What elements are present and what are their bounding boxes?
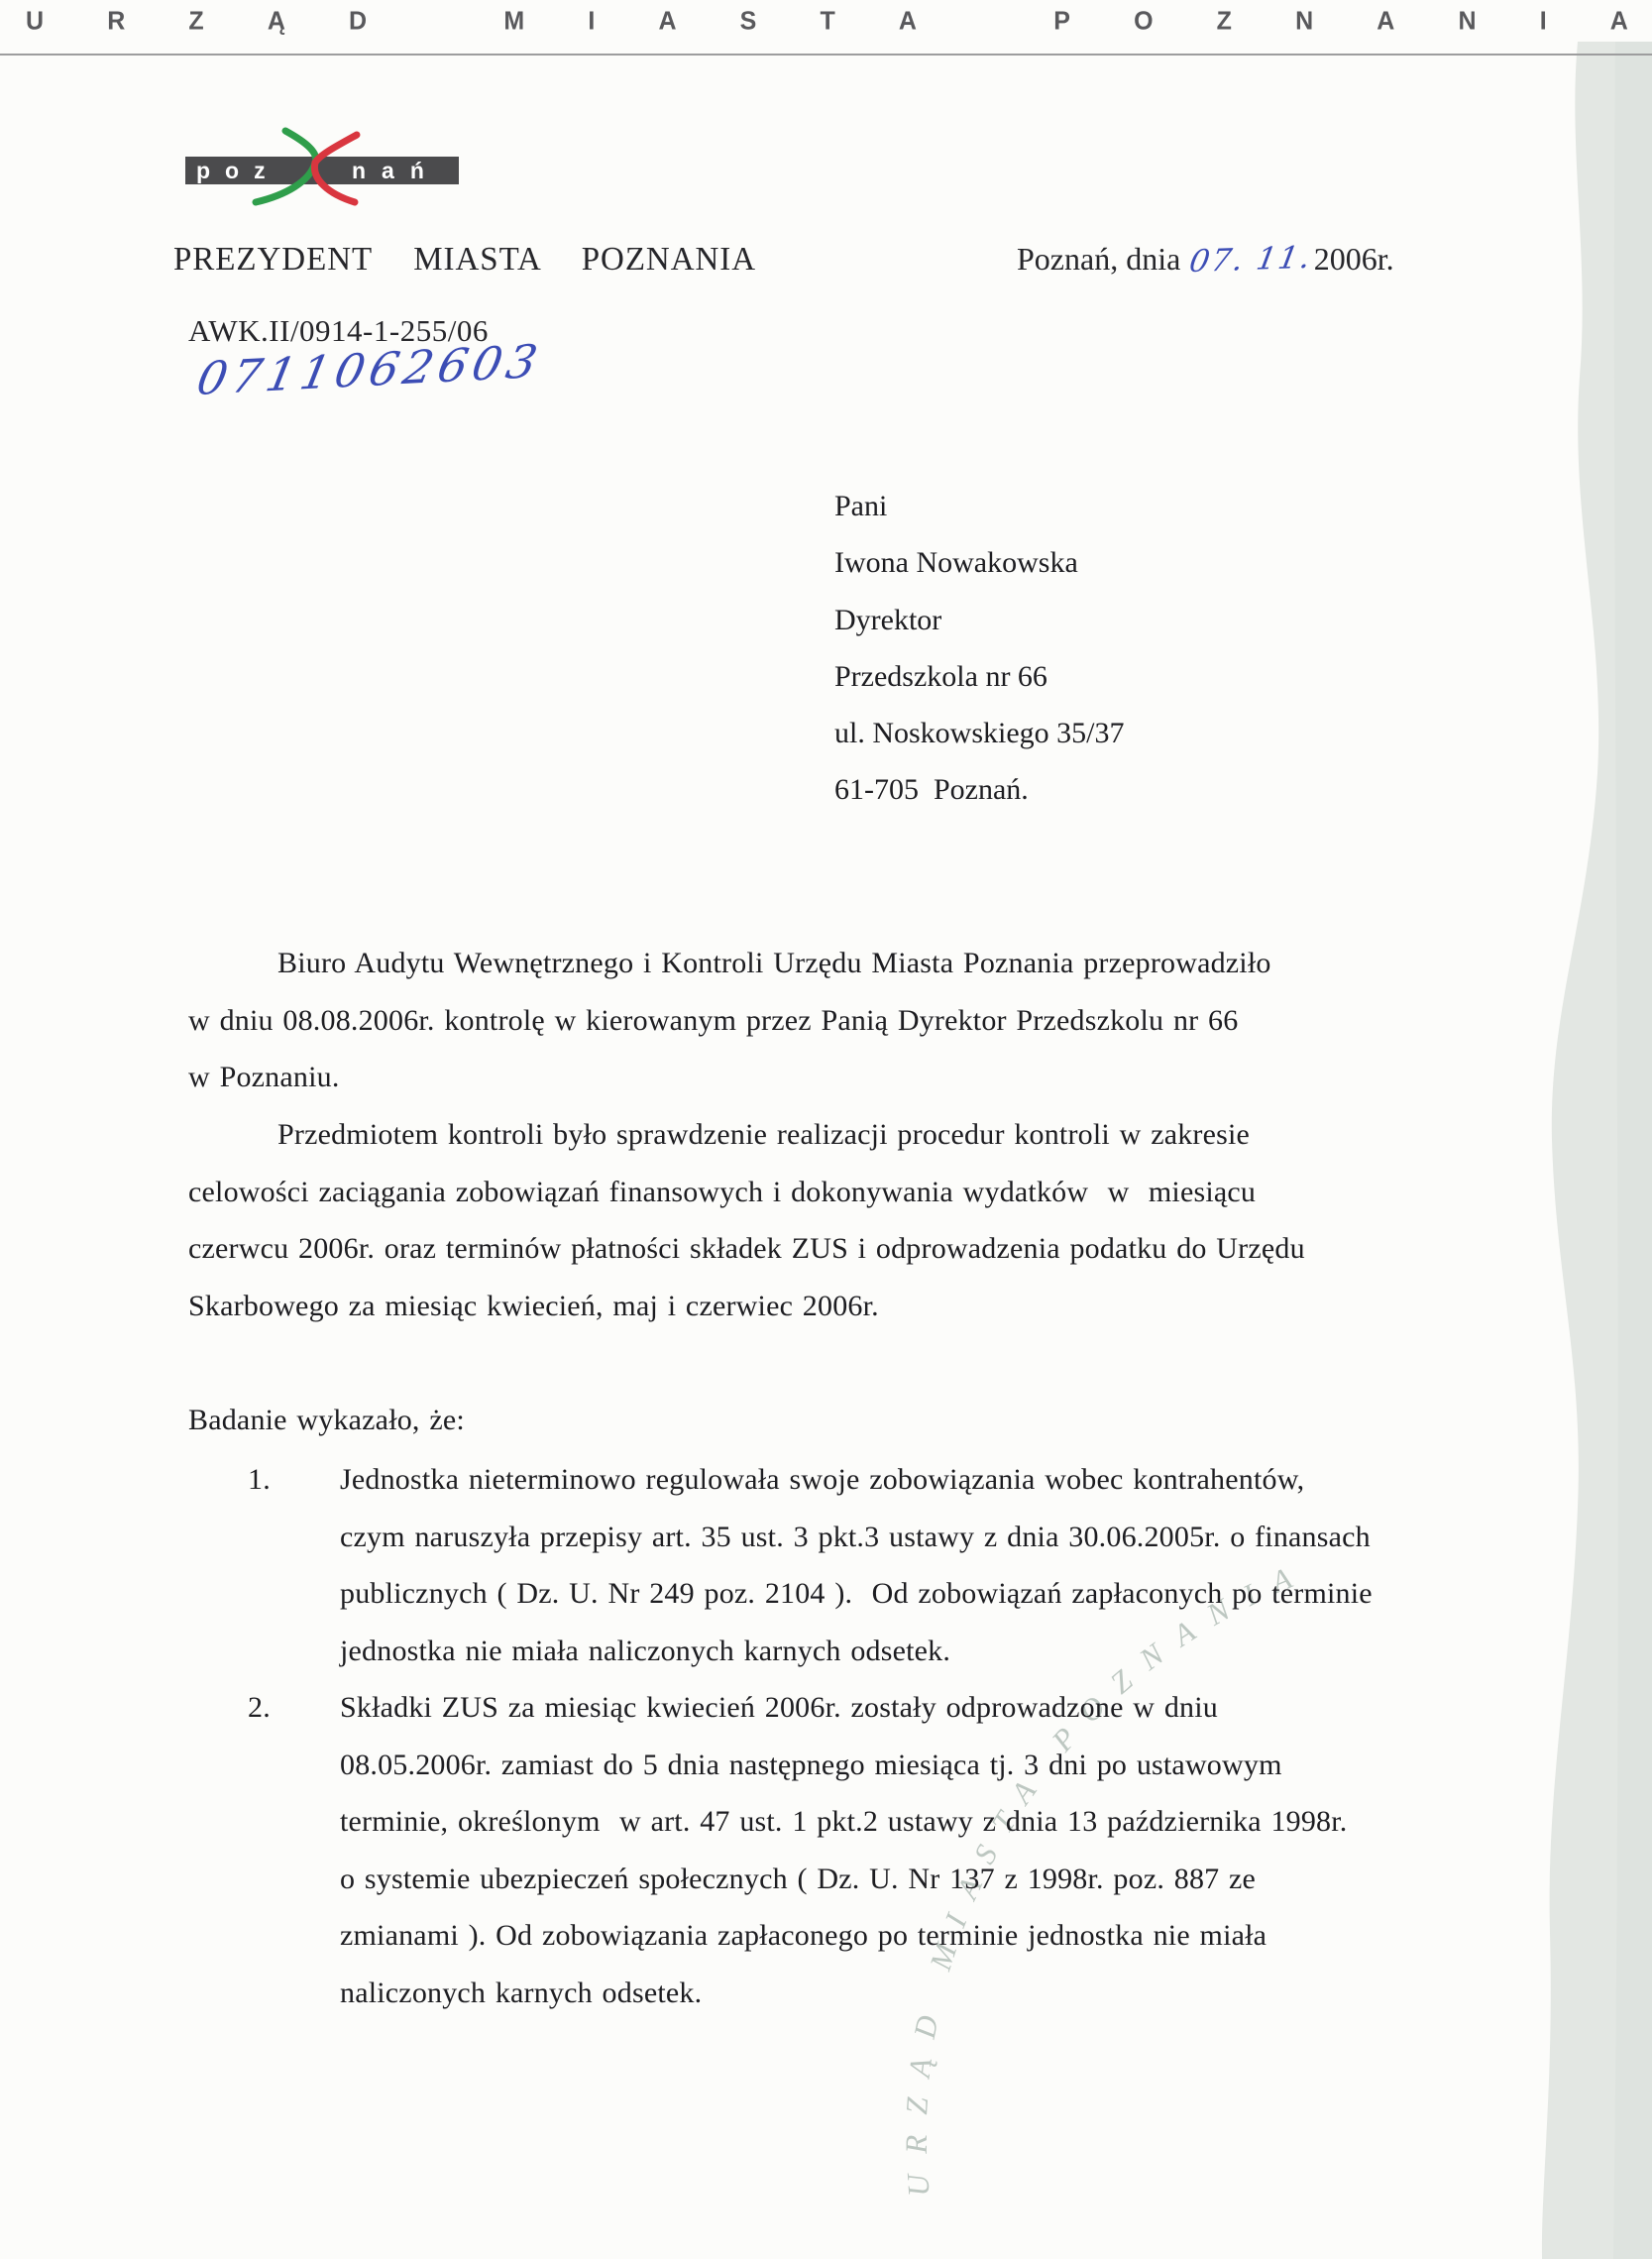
list-number: 2. [248,1679,271,1737]
banner-letter: R [107,6,125,36]
body-line: Przedmiotem kontroli było sprawdzenie re… [188,1106,1305,1164]
banner-divider [0,54,1652,56]
list-item: 1. Jednostka nieterminowo regulowała swo… [248,1451,1373,1679]
recipient-line: Pani [834,478,1125,534]
recipient-line: 61-705 Poznań. [834,761,1125,818]
banner-letter: A [1377,6,1394,36]
banner-letter: S [740,6,757,36]
banner-letter: N [1295,6,1313,36]
body-line: Jednostka nieterminowo regulowała swoje … [340,1451,1373,1509]
date-line: Poznań, dnia07. 11.2006r. [1017,241,1394,278]
body-line: zmianami ). Od zobowiązania zapłaconego … [340,1907,1348,1965]
banner-letter: T [820,6,834,36]
recipient-line: Iwona Nowakowska [834,534,1125,591]
body-line: naliczonych karnych odsetek. [340,1965,1348,2022]
logo-letters-left: poz [196,158,280,183]
body-line: 08.05.2006r. zamiast do 5 dnia następneg… [340,1737,1348,1794]
banner-letter: Z [188,6,203,36]
body-line: w Poznaniu. [188,1049,1271,1106]
banner-letter: Z [1217,6,1232,36]
banner-letter: M [503,6,524,36]
body-line: Składki ZUS za miesiąc kwiecień 2006r. z… [340,1679,1348,1737]
body-line: czerwcu 2006r. oraz terminów płatności s… [188,1220,1305,1278]
body-line: terminie, określonym w art. 47 ust. 1 pk… [340,1793,1348,1851]
banner-letter: O [1134,6,1153,36]
list-number: 1. [248,1451,271,1509]
recipient-line: ul. Noskowskiego 35/37 [834,705,1125,761]
handwritten-date: 07. 11. [1187,240,1316,280]
banner-letter: Ą [268,6,285,36]
banner-letter: I [588,6,595,36]
body-line: jednostka nie miała naliczonych karnych … [340,1623,1373,1680]
body-line: o systemie ubezpieczeń społecznych ( Dz.… [340,1851,1348,1908]
banner-letter: U [26,6,44,36]
paragraph: Biuro Audytu Wewnętrznego i Kontroli Urz… [188,935,1271,1106]
body-line: Skarbowego za miesiąc kwiecień, maj i cz… [188,1278,1305,1335]
date-prefix: Poznań, dnia [1017,241,1180,277]
banner-letter: D [349,6,367,36]
banner-letter: A [658,6,676,36]
list-item: 2. Składki ZUS za miesiąc kwiecień 2006r… [248,1679,1348,2021]
date-year: 2006r. [1314,241,1394,277]
banner-letter: A [1610,6,1628,36]
body-line: publicznych ( Dz. U. Nr 249 poz. 2104 ).… [340,1565,1373,1623]
scanned-letter-page: { "banner": { "text": "URZĄD MIASTA POZN… [0,0,1652,2259]
recipient-block: Pani Iwona Nowakowska Dyrektor Przedszko… [834,478,1125,819]
banner-text: URZĄD MIASTA POZNANIA [26,6,1628,36]
findings-lead: Badanie wykazało, że: [188,1392,465,1449]
banner-letter: N [1458,6,1476,36]
paragraph: Przedmiotem kontroli było sprawdzenie re… [188,1106,1305,1334]
body-line: w dniu 08.08.2006r. kontrolę w kierowany… [188,992,1271,1050]
recipient-line: Przedszkola nr 66 [834,648,1125,705]
banner-letter: A [899,6,917,36]
recipient-line: Dyrektor [834,592,1125,648]
page-content: URZĄD MIASTA POZNANIA poz nań PREZYDENT … [0,0,1652,2259]
body-line: Biuro Audytu Wewnętrznego i Kontroli Urz… [188,935,1271,992]
body-line: celowości zaciągania zobowiązań finansow… [188,1164,1305,1221]
logo-letters-right: nań [352,158,440,183]
banner-letter: P [1053,6,1070,36]
banner-letter: I [1540,6,1547,36]
body-line: czym naruszyła przepisy art. 35 ust. 3 p… [340,1509,1373,1566]
sender-title: PREZYDENT MIASTA POZNANIA [173,241,756,279]
city-logo: poz nań [168,109,486,218]
